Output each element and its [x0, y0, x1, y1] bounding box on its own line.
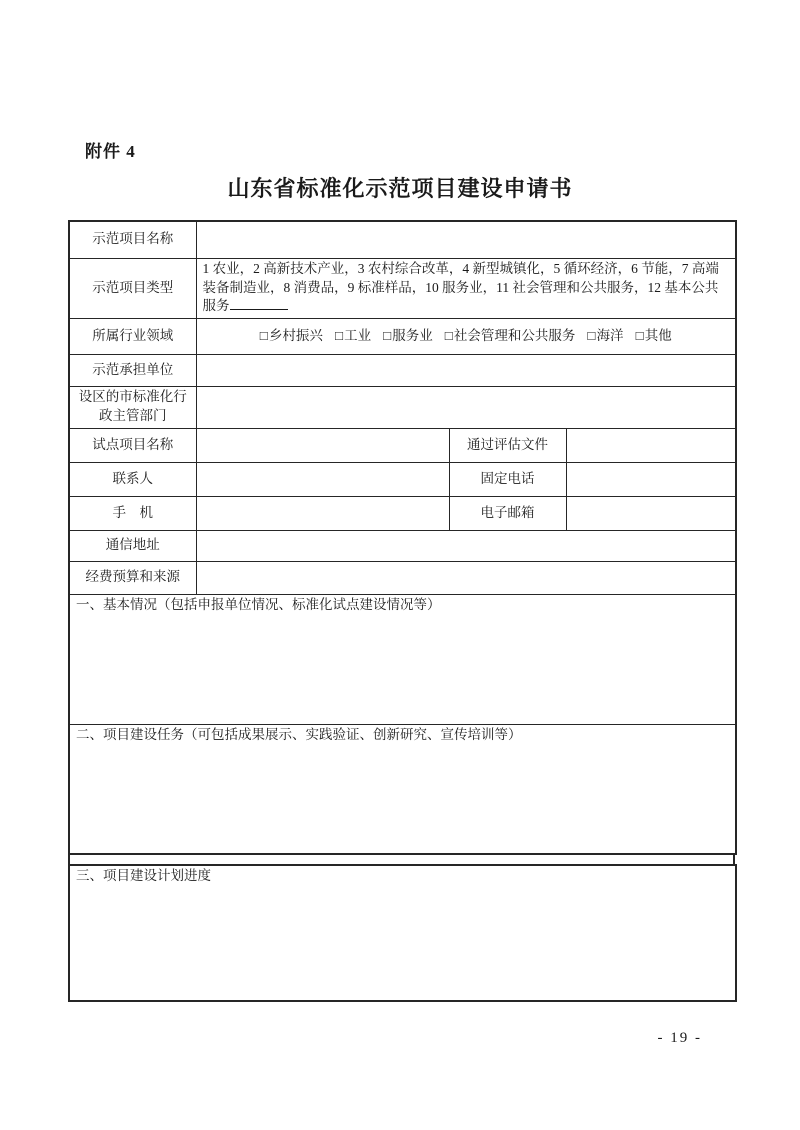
- field-value-budget-source: [196, 561, 736, 594]
- field-label-mobile: 手 机: [69, 496, 196, 530]
- field-value-evaluation-document: [566, 428, 736, 462]
- checkbox-icon: □: [260, 328, 268, 343]
- checkbox-option-rural: □乡村振兴: [260, 328, 323, 343]
- field-label-project-type: 示范项目类型: [69, 258, 196, 318]
- checkbox-option-ocean: □海洋: [587, 328, 623, 343]
- checkbox-option-industry: □工业: [335, 328, 371, 343]
- checkbox-label: 其他: [645, 328, 672, 343]
- checkbox-option-service: □服务业: [383, 328, 433, 343]
- checkbox-label: 海洋: [597, 328, 624, 343]
- attachment-label: 附件 4: [85, 137, 136, 162]
- checkbox-icon: □: [383, 328, 391, 343]
- schedule-section-table: 三、项目建设计划进度: [68, 864, 737, 1002]
- page-number: - 19 -: [658, 1030, 703, 1047]
- section-heading-schedule: 三、项目建设计划进度: [69, 865, 736, 1001]
- field-label-budget-source: 经费预算和来源: [69, 561, 196, 594]
- row-project-type: 示范项目类型 1 农业，2 高新技术产业，3 农村综合改革，4 新型城镇化，5 …: [69, 258, 736, 318]
- checkbox-label: 社会管理和公共服务: [454, 328, 576, 343]
- checkbox-option-social: □社会管理和公共服务: [445, 328, 576, 343]
- field-label-pilot-project: 试点项目名称: [69, 428, 196, 462]
- section-heading-basic-info: 一、基本情况（包括申报单位情况、标准化试点建设情况等）: [69, 594, 736, 724]
- row-project-name: 示范项目名称: [69, 221, 736, 258]
- application-form: 示范项目名称 示范项目类型 1 农业，2 高新技术产业，3 农村综合改革，4 新…: [68, 220, 735, 1002]
- field-value-undertaking-unit: [196, 354, 736, 386]
- field-label-evaluation-document: 通过评估文件: [449, 428, 566, 462]
- row-section-basic-info: 一、基本情况（包括申报单位情况、标准化试点建设情况等）: [69, 594, 736, 724]
- checkbox-icon: □: [335, 328, 343, 343]
- field-label-contact-person: 联系人: [69, 462, 196, 496]
- field-value-mobile: [196, 496, 449, 530]
- page-title: 山东省标准化示范项目建设申请书: [0, 172, 800, 203]
- row-budget-source: 经费预算和来源: [69, 561, 736, 594]
- row-industry-field: 所属行业领域 □乡村振兴□工业□服务业□社会管理和公共服务□海洋□其他: [69, 318, 736, 354]
- row-mobile-email: 手 机 电子邮箱: [69, 496, 736, 530]
- row-section-schedule: 三、项目建设计划进度: [69, 865, 736, 1001]
- field-label-undertaking-unit: 示范承担单位: [69, 354, 196, 386]
- field-label-landline: 固定电话: [449, 462, 566, 496]
- field-label-project-name: 示范项目名称: [69, 221, 196, 258]
- row-contact: 联系人 固定电话: [69, 462, 736, 496]
- checkbox-option-other: □其他: [636, 328, 672, 343]
- row-mailing-address: 通信地址: [69, 530, 736, 561]
- fill-in-blank-line: [230, 297, 288, 310]
- field-value-project-type: 1 农业，2 高新技术产业，3 农村综合改革，4 新型城镇化，5 循环经济，6 …: [196, 258, 736, 318]
- field-label-city-admin-dept: 设区的市标准化行政主管部门: [69, 386, 196, 428]
- row-section-construction-tasks: 二、项目建设任务（可包括成果展示、实践验证、创新研究、宣传培训等）: [69, 724, 736, 854]
- checkbox-icon: □: [445, 328, 453, 343]
- field-label-mailing-address: 通信地址: [69, 530, 196, 561]
- field-label-email: 电子邮箱: [449, 496, 566, 530]
- industry-options: □乡村振兴□工业□服务业□社会管理和公共服务□海洋□其他: [196, 318, 736, 354]
- section-heading-construction-tasks: 二、项目建设任务（可包括成果展示、实践验证、创新研究、宣传培训等）: [69, 724, 736, 854]
- checkbox-label: 服务业: [392, 328, 433, 343]
- row-city-admin-dept: 设区的市标准化行政主管部门: [69, 386, 736, 428]
- field-value-contact-person: [196, 462, 449, 496]
- table-section-divider: [68, 855, 735, 864]
- field-label-industry: 所属行业领域: [69, 318, 196, 354]
- field-value-landline: [566, 462, 736, 496]
- document-page: 附件 4 山东省标准化示范项目建设申请书 示范项目名称 示范项目类型 1 农业，…: [0, 0, 800, 1130]
- row-undertaking-unit: 示范承担单位: [69, 354, 736, 386]
- checkbox-icon: □: [636, 328, 644, 343]
- checkbox-label: 乡村振兴: [269, 328, 323, 343]
- field-value-project-name: [196, 221, 736, 258]
- field-value-mailing-address: [196, 530, 736, 561]
- field-value-city-admin-dept: [196, 386, 736, 428]
- row-pilot-project: 试点项目名称 通过评估文件: [69, 428, 736, 462]
- application-form-table: 示范项目名称 示范项目类型 1 农业，2 高新技术产业，3 农村综合改革，4 新…: [68, 220, 737, 855]
- checkbox-label: 工业: [344, 328, 371, 343]
- field-value-pilot-project: [196, 428, 449, 462]
- field-value-email: [566, 496, 736, 530]
- checkbox-icon: □: [587, 328, 595, 343]
